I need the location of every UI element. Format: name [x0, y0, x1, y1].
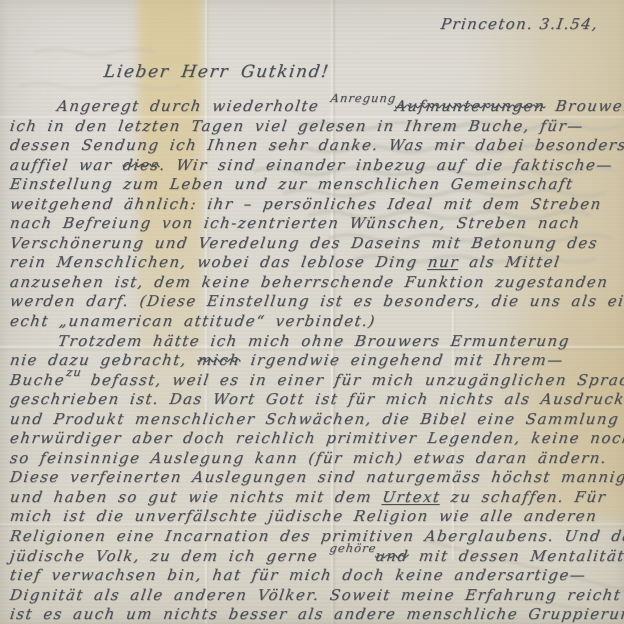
- letter-line: Verschönerung und Veredelung des Daseins…: [9, 234, 618, 254]
- handwritten-text-run: anzusehen ist, dem keine beherrschende F…: [9, 273, 610, 291]
- letter-line: und Produkt menschlicher Schwächen, die …: [9, 410, 618, 430]
- handwritten-text-run: dessen Sendung ich Ihnen sehr danke. Was…: [9, 136, 624, 154]
- handwritten-text-run: weitgehend ähnlich: ihr – persönliches I…: [9, 195, 603, 213]
- underlined-word: nur: [427, 253, 461, 271]
- letter-line: Buchezu befasst, weil es in einer für mi…: [9, 371, 618, 391]
- letter-line: echt „unamerican attitude“ verbindet.): [9, 312, 618, 332]
- handwritten-text-run: echt „unamerican attitude“ verbindet.): [9, 312, 377, 330]
- letter-page: Princeton. 3.I.54, Lieber Herr Gutkind! …: [0, 0, 624, 624]
- handwritten-text-run: Einstellung zum Leben und zur menschlich…: [9, 175, 575, 193]
- handwritten-text-run: werden darf. (Diese Einstellung ist es b…: [9, 292, 624, 310]
- handwritten-text-run: auffiel war: [9, 156, 124, 174]
- letter-line: tief verwachsen bin, hat für mich doch k…: [9, 566, 618, 586]
- inserted-word-above-line: gehöre: [329, 541, 378, 555]
- letter-line: Religionen eine Incarnation des primitiv…: [9, 527, 618, 547]
- handwritten-text-run: Brouwers habe: [544, 97, 624, 115]
- letter-line: Trotzdem hätte ich mich ohne Brouwers Er…: [9, 332, 618, 352]
- letter-line: ist es auch um nichts besser als andere …: [9, 605, 618, 624]
- letter-line: ich in den letzten Tagen viel gelesen in…: [9, 117, 618, 137]
- letter-line: auffiel war dies. Wir sind einander inbe…: [9, 156, 618, 176]
- letter-line: so feinsinnige Auslegung kann (für mich)…: [9, 449, 618, 469]
- handwritten-text-run: ist es auch um nichts besser als andere …: [9, 605, 624, 623]
- letter-line: weitgehend ähnlich: ihr – persönliches I…: [9, 195, 618, 215]
- letter-line: Diese verfeinerten Auslegungen sind natu…: [9, 468, 618, 488]
- letter-line: Dignität als alle anderen Völker. Soweit…: [9, 586, 618, 606]
- handwritten-text-run: so feinsinnige Auslegung kann (für mich)…: [9, 449, 609, 467]
- letter-salutation: Lieber Herr Gutkind!: [103, 62, 331, 82]
- handwritten-text-run: tief verwachsen bin, hat für mich doch k…: [9, 566, 588, 584]
- handwritten-text-run: befasst, weil es in einer für mich unzug…: [79, 371, 624, 389]
- letter-date: Princeton. 3.I.54,: [440, 15, 600, 33]
- letter-line: anzusehen ist, dem keine beherrschende F…: [9, 273, 618, 293]
- struck-word: mich: [196, 351, 242, 369]
- handwritten-text-run: nach Befreiung von ich-zentrierten Wünsc…: [9, 214, 582, 232]
- handwritten-text-run: . Wir sind einander inbezug auf die fakt…: [159, 156, 615, 174]
- handwritten-text-run: Angeregt durch wiederholte: [56, 97, 331, 115]
- inserted-word-above-line: zu: [65, 365, 82, 379]
- handwritten-text-run: Verschönerung und Veredelung des Daseins…: [9, 234, 599, 252]
- letter-line: nie dazu gebracht, mich irgendwie eingeh…: [9, 351, 618, 371]
- handwritten-text-run: jüdische Volk, zu dem ich gerne: [9, 547, 330, 565]
- letter-line: geschrieben ist. Das Wort Gott ist für m…: [9, 390, 618, 410]
- letter-line: und haben so gut wie nichts mit dem Urte…: [9, 488, 618, 508]
- letter-line: werden darf. (Diese Einstellung ist es b…: [9, 292, 618, 312]
- handwritten-text-run: nie dazu gebracht,: [9, 351, 199, 369]
- handwritten-text-run: Religionen eine Incarnation des primitiv…: [9, 527, 624, 545]
- handwritten-text-run: geschrieben ist. Das Wort Gott ist für m…: [9, 390, 624, 408]
- handwritten-text-run: ehrwürdiger aber doch reichlich primitiv…: [9, 429, 624, 447]
- inserted-word-above-line: Anregung: [330, 91, 398, 105]
- handwritten-text-run: als Mittel: [458, 253, 562, 271]
- handwritten-text-run: und haben so gut wie nichts mit dem: [9, 488, 384, 506]
- handwritten-text-run: zu schaffen. Für: [439, 488, 607, 506]
- letter-line: rein Menschlichen, wobei das leblose Din…: [9, 253, 618, 273]
- letter-line: Angeregt durch wiederholte AnregungAufmu…: [9, 97, 618, 117]
- handwritten-text-run: rein Menschlichen, wobei das leblose Din…: [9, 253, 429, 271]
- handwritten-text-run: Diese verfeinerten Auslegungen sind natu…: [9, 468, 624, 486]
- struck-word: und: [374, 547, 410, 565]
- letter-line: jüdische Volk, zu dem ich gerne gehöreun…: [9, 547, 618, 567]
- handwritten-text-run: irgendwie eingehend mit Ihrem—: [239, 351, 565, 369]
- underlined-word: Urtext: [381, 488, 442, 506]
- handwritten-text-run: mich ist die unverfälschte jüdische Reli…: [9, 507, 599, 525]
- struck-word: Aufmunterungen: [394, 97, 547, 115]
- letter-line: dessen Sendung ich Ihnen sehr danke. Was…: [9, 136, 618, 156]
- handwritten-text-run: ich in den letzten Tagen viel gelesen in…: [9, 117, 585, 135]
- letter-body: Angeregt durch wiederholte AnregungAufmu…: [10, 97, 616, 624]
- struck-word: dies: [122, 156, 162, 174]
- handwritten-text-run: und Produkt menschlicher Schwächen, die …: [9, 410, 621, 428]
- handwritten-text-run: Buche: [9, 371, 67, 389]
- letter-line: ehrwürdiger aber doch reichlich primitiv…: [9, 429, 618, 449]
- letter-line: nach Befreiung von ich-zentrierten Wünsc…: [9, 214, 618, 234]
- letter-line: Einstellung zum Leben und zur menschlich…: [9, 175, 618, 195]
- handwritten-text-run: mit dessen Mentalität ich: [408, 547, 624, 565]
- handwritten-text-run: Trotzdem hätte ich mich ohne Brouwers Er…: [57, 332, 571, 350]
- letter-line: mich ist die unverfälschte jüdische Reli…: [9, 507, 618, 527]
- handwritten-text-run: Dignität als alle anderen Völker. Soweit…: [9, 586, 623, 604]
